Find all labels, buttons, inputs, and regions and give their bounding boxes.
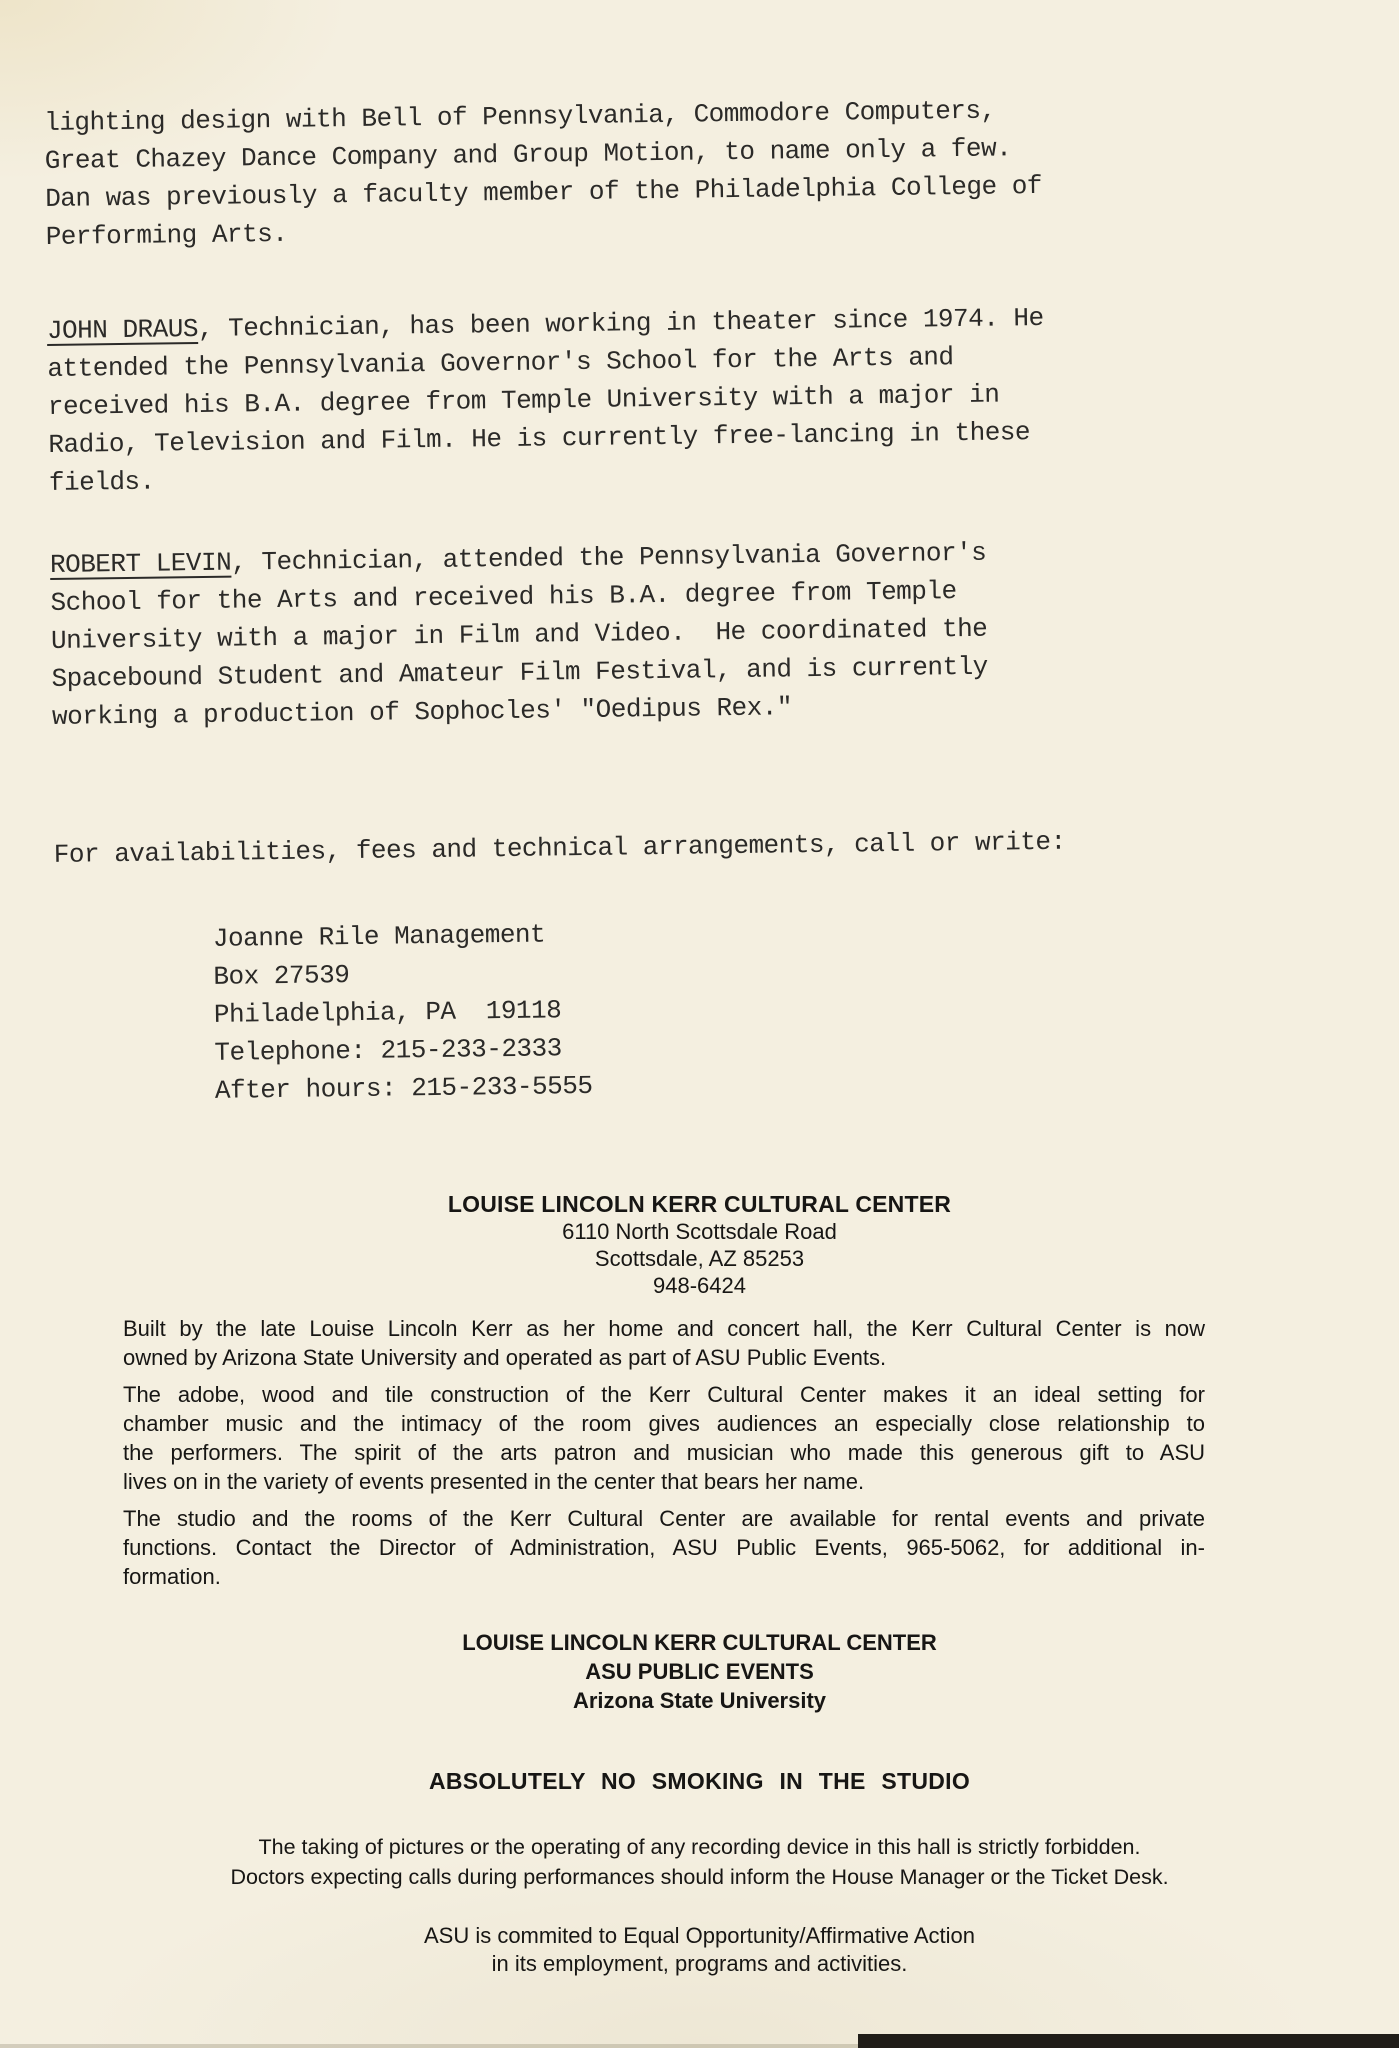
scanned-program-page: lighting design with Bell of Pennsylvani…: [0, 0, 1399, 2048]
kerr-center-footer-header: LOUISE LINCOLN KERR CULTURAL CENTER ASU …: [0, 1628, 1399, 1715]
recording-rule-line: The taking of pictures or the operating …: [0, 1832, 1399, 1862]
body-text-line: The adobe, wood and tile construction of…: [123, 1380, 1205, 1409]
doctors-rule-line: Doctors expecting calls during performan…: [0, 1862, 1399, 1892]
body-text-line: chamber music and the intimacy of the ro…: [123, 1409, 1205, 1438]
bio-text-segment: , Technician, attended the Pennsylvania …: [231, 538, 986, 578]
kerr-center-description: Built by the late Louise Lincoln Kerr as…: [123, 1314, 1205, 1591]
kerr-construction-paragraph: The adobe, wood and tile construction of…: [123, 1380, 1205, 1496]
equal-opportunity-statement: ASU is commited to Equal Opportunity/Aff…: [0, 1922, 1399, 1978]
management-contact-block: Joanne Rile Management Box 27539 Philade…: [55, 904, 1392, 1111]
kerr-center-header: LOUISE LINCOLN KERR CULTURAL CENTER 6110…: [0, 1190, 1399, 1299]
dan-bio-paragraph: lighting design with Bell of Pennsylvani…: [44, 87, 1381, 256]
scan-dark-bar: [858, 2034, 1399, 2048]
john-draus-paragraph: JOHN DRAUS, Technician, has been working…: [47, 295, 1384, 502]
body-text-line: the performers. The spirit of the arts p…: [123, 1438, 1205, 1467]
body-text-line: formation.: [123, 1562, 1205, 1591]
body-text-line: lives on in the variety of events presen…: [123, 1467, 1205, 1496]
body-text-line: Built by the late Louise Lincoln Kerr as…: [123, 1314, 1205, 1343]
kerr-center-address: 6110 North Scottsdale Road: [0, 1218, 1399, 1245]
kerr-center-title: LOUISE LINCOLN KERR CULTURAL CENTER: [0, 1190, 1399, 1218]
kerr-rental-paragraph: The studio and the rooms of the Kerr Cul…: [123, 1504, 1205, 1591]
asu-university-label: Arizona State University: [0, 1686, 1399, 1715]
body-text-line: functions. Contact the Director of Admin…: [123, 1533, 1205, 1562]
eo-statement-line: in its employment, programs and activiti…: [0, 1950, 1399, 1978]
eo-statement-line: ASU is commited to Equal Opportunity/Aff…: [0, 1922, 1399, 1950]
robert-levin-name: ROBERT LEVIN: [50, 548, 232, 580]
no-smoking-notice: ABSOLUTELY NO SMOKING IN THE STUDIO: [0, 1768, 1399, 1795]
kerr-center-city: Scottsdale, AZ 85253: [0, 1245, 1399, 1272]
kerr-center-phone: 948-6424: [0, 1272, 1399, 1299]
body-text-line: owned by Arizona State University and op…: [123, 1343, 1205, 1372]
house-rules: The taking of pictures or the operating …: [0, 1832, 1399, 1892]
john-draus-name: JOHN DRAUS: [47, 314, 198, 346]
asu-public-events-label: ASU PUBLIC EVENTS: [0, 1657, 1399, 1686]
kerr-footer-title: LOUISE LINCOLN KERR CULTURAL CENTER: [0, 1628, 1399, 1657]
robert-levin-paragraph: ROBERT LEVIN, Technician, attended the P…: [50, 528, 1387, 735]
typewritten-section: lighting design with Bell of Pennsylvani…: [44, 87, 1392, 1112]
body-text-line: The studio and the rooms of the Kerr Cul…: [123, 1504, 1205, 1533]
contact-instruction: For availabilities, fees and technical a…: [54, 818, 1389, 873]
kerr-history-paragraph: Built by the late Louise Lincoln Kerr as…: [123, 1314, 1205, 1372]
